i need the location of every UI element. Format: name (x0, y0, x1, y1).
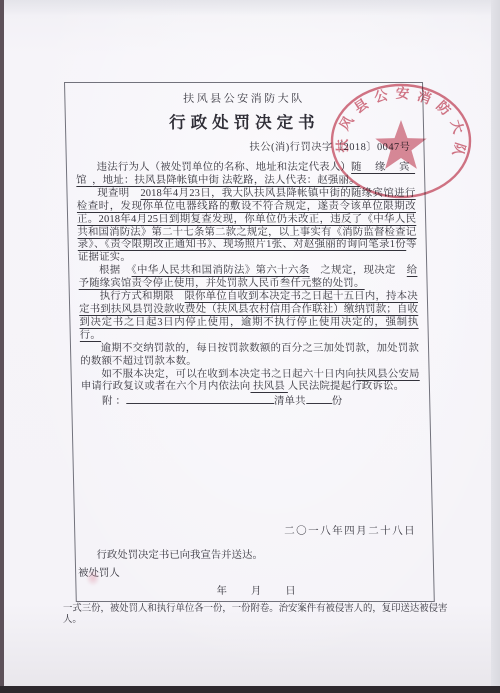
doc-paragraph: 执行方式和期限 限你单位自收到本决定书之日起十五日内，持本决定书到扶风县罚没款收… (79, 291, 419, 343)
printed-form-text: 人民法院提起行政诉讼。 (288, 381, 405, 392)
document-body: 违法行为人（被处罚单位的名称、地址和法定代表人）随 缘 宾 馆，地址：扶风县降帐… (76, 162, 421, 409)
printed-form-text: 份 (332, 396, 343, 407)
closing-block: 二〇一八年四月二十八日 行政处罚决定书已向我宣告并送达。 被处罚人 年月日 (75, 523, 434, 597)
document-number: 扶公(消)行罚决字〔2018〕0047号 (75, 138, 414, 153)
punished-person-label: 被处罚人 (76, 564, 433, 579)
printed-form-text: 违法行为人（被处罚单位的名称、地址和法定代表人） (97, 162, 352, 173)
ink-smudge (86, 570, 100, 586)
doc-paragraph: 如不服本决定，可以在收到本决定书之日起六十日内向扶风县公安局申请行政复议或者在六… (81, 369, 421, 395)
filled-in-text: 扶风县 (250, 381, 288, 392)
scan-right-edge (491, 0, 500, 693)
blank-fill-line (126, 394, 274, 404)
scan-background: { "colors": { "paper": "#f5f3f8", "scan_… (0, 0, 500, 693)
date-field-label: 日 (285, 582, 296, 597)
service-statement: 行政处罚决定书已向我宣告并送达。 (76, 546, 433, 561)
filled-in-text: 《中华人民共和国消防法》第六十六条 (131, 265, 309, 276)
printed-form-text: 执行方式和期限 (100, 291, 185, 302)
document-content: 扶风县公安消防大队 行政处罚决定书 扶公(消)行罚决字〔2018〕0047号 违… (74, 83, 420, 409)
scan-bottom-edge (0, 686, 500, 693)
printed-form-text: 申请行政复议或者在六个月内依法向 (81, 381, 251, 392)
paper-top-shadow (4, 0, 491, 16)
printed-form-text: 根据 (99, 265, 132, 276)
document-border-box: 扶风县公安消防大队 行政处罚决定书 扶公(消)行罚决字〔2018〕0047号 违… (64, 82, 435, 602)
blank-fill-line (306, 394, 332, 404)
doc-paragraph: 现查明 2018年4月23日，我大队扶风县降帐镇中街的随缘宾馆进行检查时，发现你… (76, 188, 417, 265)
date-field-label: 年 (216, 582, 227, 597)
date-field-label: 月 (251, 582, 262, 597)
decision-date: 二〇一八年四月二十八日 (75, 523, 432, 538)
doc-paragraph: 附 ：清单共份 (81, 394, 420, 409)
doc-paragraph: 根据 《中华人民共和国消防法》第六十六条 之规定，现决定 给予随缘宾馆责令停止使… (78, 265, 418, 291)
doc-paragraph: 逾期不交纳罚款的，每日按罚款数额的百分之三加处罚款，加处罚款的数额不超过罚款本数… (80, 343, 420, 369)
signature-date-fields: 年月日 (76, 582, 433, 597)
filled-in-text: ，地址：扶风县降帐镇中街 法乾路，法人代表：赵强丽。 (92, 175, 360, 186)
doc-paragraph: 违法行为人（被处罚单位的名称、地址和法定代表人）随 缘 宾 馆，地址：扶风县降帐… (76, 162, 416, 188)
printed-form-text: 现查明 (97, 188, 140, 199)
printed-form-text: 之规定，现决定 (309, 265, 406, 276)
printed-form-text: 附 ： (102, 396, 126, 407)
document-title: 行政处罚决定书 (75, 109, 415, 133)
copies-distribution-note: 一式三份，被处罚人和执行单位各一份，一份附卷。治安案件有被侵害人的，复印送达被侵… (63, 604, 461, 626)
printed-form-text: 清单共 (274, 396, 306, 407)
printed-form-text: 如不服本决定，可以在收到本决定书之日起六十日内向 (101, 369, 356, 380)
filled-in-text: 扶风县公安局 (356, 369, 420, 380)
scan-left-edge (0, 0, 4, 693)
printed-form-text: 逾期不交纳罚款的，每日按罚款数额的百分之三加处罚款，加处罚款的数额不超过罚款本数… (80, 343, 419, 367)
issuing-authority: 扶风县公安消防大队 (74, 90, 413, 106)
